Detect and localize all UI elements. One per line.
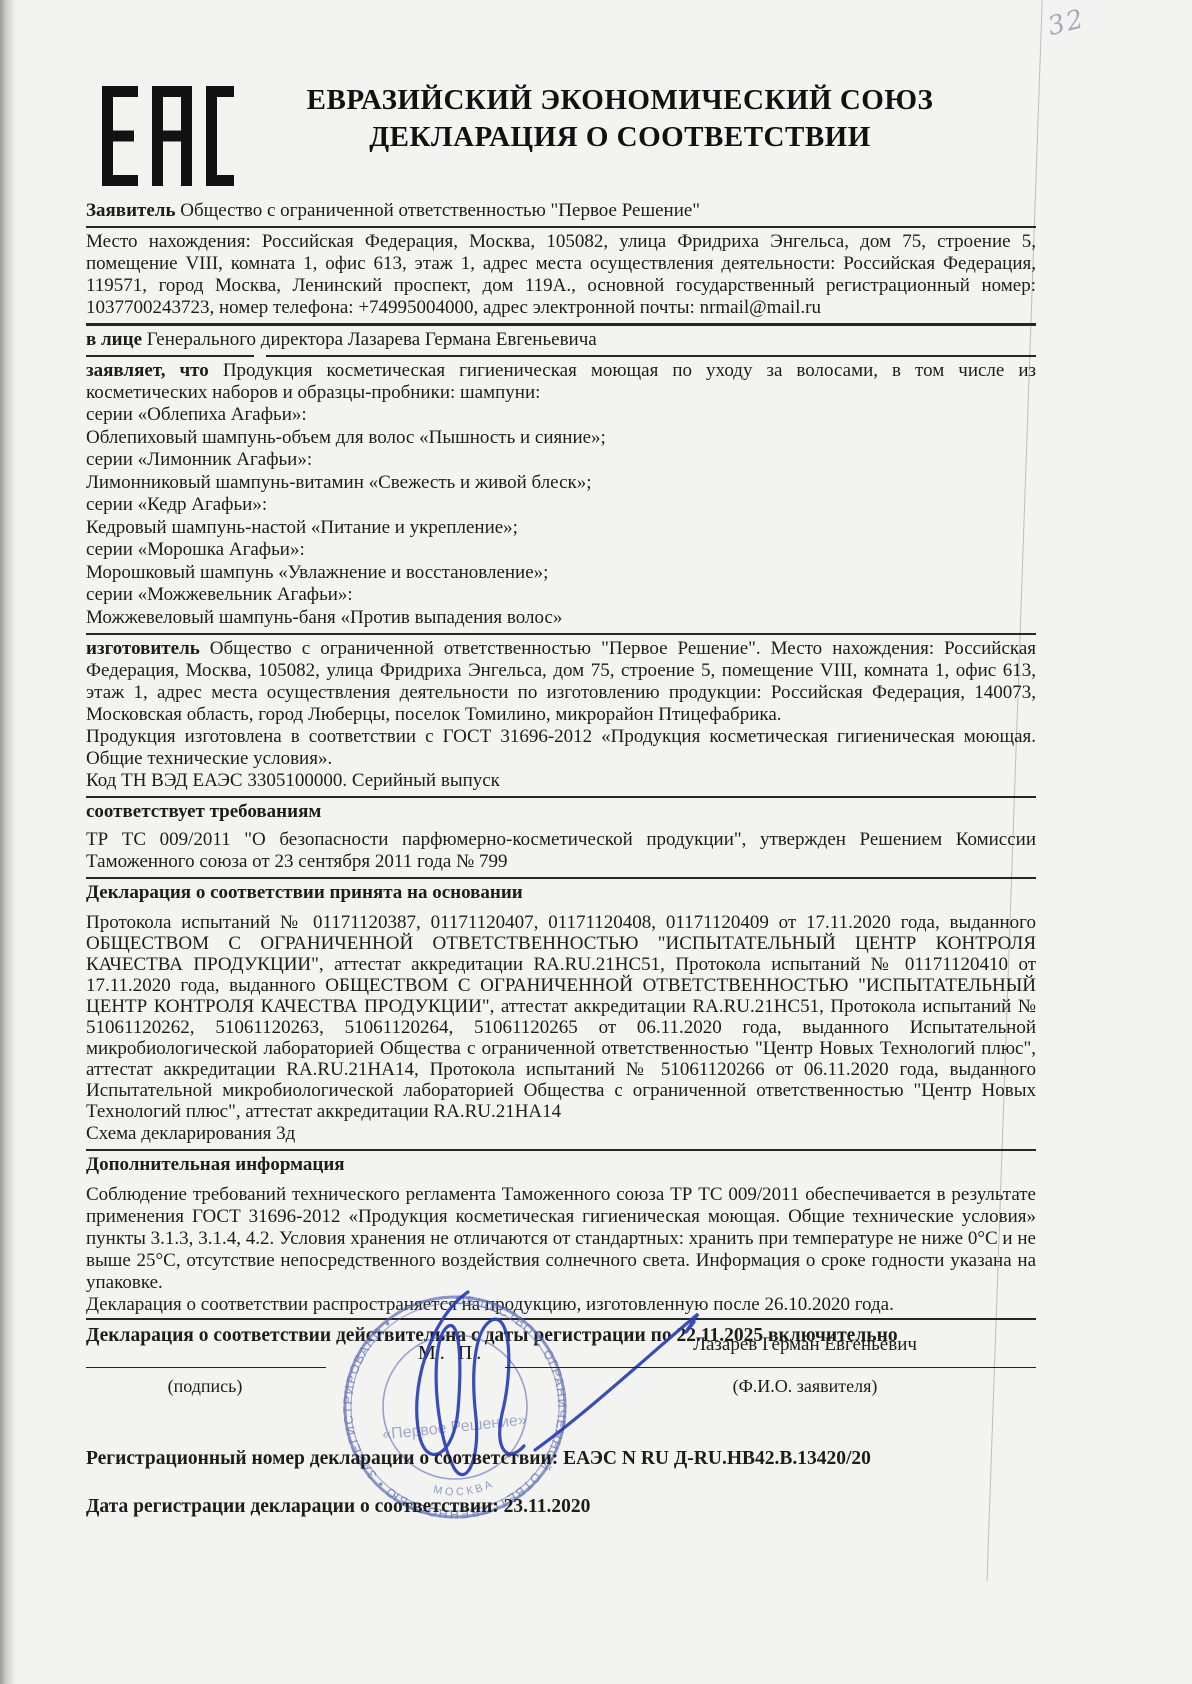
registration-number-label: Регистрационный номер декларации о соотв… [86,1448,558,1469]
scheme-line: Схема декларирования 3д [86,1123,1036,1145]
divider [86,323,1036,326]
applicant-address: Место нахождения: Российская Федерация, … [86,231,1036,319]
applicant-line: Заявитель Общество с ограниченной ответс… [86,200,1036,222]
divider [86,796,1036,798]
manufacturer-text: Общество с ограниченной ответственностью… [86,638,1036,725]
eac-logo-icon [102,86,234,186]
registration-date-value: 23.11.2020 [504,1496,591,1517]
tnved-code-line: Код ТН ВЭД ЕАЭС 3305100000. Серийный вып… [86,770,1036,792]
applicant-label: Заявитель [86,200,176,221]
represented-label: в лице [86,329,142,350]
gost-line: Продукция изготовлена в соответствии с Г… [86,726,1036,770]
registration-number-value: ЕАЭС N RU Д-RU.НВ42.В.13420/20 [563,1448,871,1469]
fio-caption: (Ф.И.О. заявителя) [620,1376,990,1397]
product-line: серии «Можжевельник Агафьи»: [86,584,1036,607]
product-line: Лимонниковый шампунь-витамин «Свежесть и… [86,472,1036,495]
product-list: серии «Облепиха Агафьи»: Облепиховый шам… [86,404,1036,629]
applicant-value: Общество с ограниченной ответственностью… [180,200,700,221]
manufacturer-label: изготовитель [86,638,200,659]
divider [86,226,1036,228]
title-line-declaration: ДЕКЛАРАЦИЯ О СООТВЕТСТВИИ [230,119,1010,156]
declaration-document: 32 ЕВРАЗИЙСКИЙ ЭКОНОМИЧЕСКИЙ СОЮЗ ДЕКЛАР… [0,0,1192,1684]
basis-heading: Декларация о соответствии принята на осн… [86,882,1036,904]
additional-heading: Дополнительная информация [86,1154,1036,1176]
declares-intro-text: Продукция косметическая гигиеническая мо… [86,360,1036,403]
registration-number-line: Регистрационный номер декларации о соотв… [86,1448,871,1470]
product-line: серии «Кедр Агафьи»: [86,494,1036,517]
signature-caption: (подпись) [120,1376,290,1397]
divider [86,1149,1036,1151]
divider-split [86,355,1036,357]
product-line: Морошковый шампунь «Увлажнение и восстан… [86,562,1036,585]
tr-ts-text: ТР ТС 009/2011 "О безопасности парфюмерн… [86,829,1036,873]
registration-date-label: Дата регистрации декларации о соответств… [86,1496,499,1517]
signature-line [86,1367,326,1368]
document-body: Заявитель Общество с ограниченной ответс… [86,200,1036,1367]
declares-intro: заявляет, что Продукция косметическая ги… [86,360,1036,404]
divider [86,877,1036,879]
product-line: Кедровый шампунь-настой «Питание и укреп… [86,517,1036,540]
declarant-name: Лазарев Герман Евгеньевич [620,1334,990,1356]
manufacturer-paragraph: изготовитель Общество с ограниченной отв… [86,638,1036,726]
declares-label: заявляет, что [86,360,209,381]
represented-line: в лице Генерального директора Лазарева Г… [86,329,1036,351]
product-line: Облепиховый шампунь-объем для волос «Пыш… [86,427,1036,450]
divider [86,633,1036,635]
complies-heading: соответствует требованиям [86,801,1036,823]
product-line: серии «Морошка Агафьи»: [86,539,1036,562]
registration-date-line: Дата регистрации декларации о соответств… [86,1496,590,1518]
handwritten-page-number: 32 [1045,4,1088,42]
product-line: серии «Облепиха Агафьи»: [86,404,1036,427]
product-line: Можжевеловый шампунь-баня «Против выпаде… [86,607,1036,630]
protocols-paragraph: Протокола испытаний № 01171120387, 01171… [86,912,1036,1122]
represented-value: Генерального директора Лазарева Германа … [147,329,597,350]
title-line-union: ЕВРАЗИЙСКИЙ ЭКОНОМИЧЕСКИЙ СОЮЗ [230,82,1010,119]
name-line [505,1367,1036,1368]
scan-edge-shadow [0,0,16,1684]
product-line: серии «Лимонник Агафьи»: [86,449,1036,472]
document-title: ЕВРАЗИЙСКИЙ ЭКОНОМИЧЕСКИЙ СОЮЗ ДЕКЛАРАЦИ… [230,82,1010,156]
